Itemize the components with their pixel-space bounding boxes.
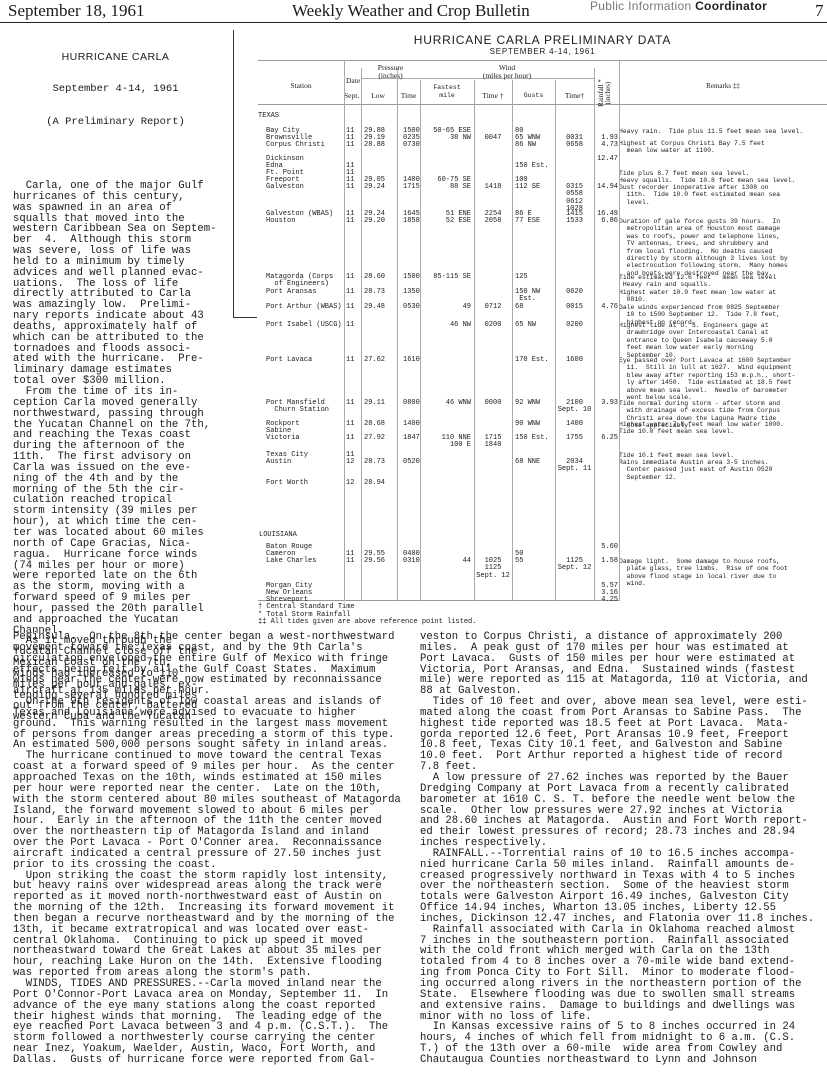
section-header-texas: TEXAS [258,113,279,120]
col-header-remarks: Remarks ‡‡ [619,82,827,90]
cell-ptime: 0800 [403,400,420,407]
cell-rain: 4.73 [596,142,618,149]
table-gridline [555,80,556,601]
cell-gtime: 1400 [555,421,594,428]
cell-remarks: Rains immediate Austin area 3-5 inches. … [619,459,772,481]
cell-ptime: 0520 [403,459,420,466]
cell-date: 11 [346,184,354,191]
cell-date: 11 [346,558,354,565]
cell-fastest: 88 SE [421,184,471,191]
col-header-pressure-low: Low [363,92,393,100]
cell-fastest: 44 [421,558,471,565]
cell-gtime: 0658 [555,142,594,149]
cell-rain: 1.58 [596,558,618,565]
cell-wtime: 1418 [474,184,512,191]
cell-low: 29.11 [364,400,385,407]
cell-wtime: 0047 [474,135,512,142]
cell-low: 28.73 [364,459,385,466]
article-body-left: Peninsula. On the 8th the center began a… [13,632,418,1066]
cell-remarks: Tide estimated 12.6 feet mean sea level … [619,274,776,289]
cell-low: 27.62 [364,357,385,364]
cell-low: 28.60 [364,274,385,281]
cell-gusts: 86 NW [515,142,536,149]
cell-station: Port Aransas [266,289,316,296]
cell-fastest: 46 NW [421,322,471,329]
cell-wtime: 1715 1840 [474,435,512,450]
cell-date: 11 [346,274,354,281]
cell-date: 11 [346,304,354,311]
cell-gusts: 150 NW Est. [515,289,540,304]
table-gridline [619,60,620,601]
cell-low: 28.73 [364,289,385,296]
cell-gusts: 150 Est. [515,163,549,170]
cell-remarks: Duration of gale force gusts 39 hours. I… [619,218,788,277]
cell-ptime: 1610 [403,357,420,364]
cell-date: 11 [346,322,354,329]
article-subtitle: (A Preliminary Report) [13,117,218,128]
cell-ptime: 0530 [403,304,420,311]
table-footnote: ‡‡ All tides given are above reference p… [258,619,476,626]
cell-gusts: 150 Est. [515,435,549,442]
cell-remarks: Highest tide at U. S. Engineers gage at … [619,322,772,359]
cell-low: 28.88 [364,142,385,149]
col-header-wind: Wind (miles per hour) [420,64,594,80]
col-header-station: Station [258,82,344,90]
article-dates: September 4-14, 1961 [13,84,218,95]
col-header-rainfall: Rainfall * (inches) [598,64,610,114]
cell-rain: 4.76 [596,304,618,311]
cell-remarks: Eye passed over Port Lavaca at 1600 Sept… [619,357,795,401]
cell-remarks: Tide 10.0 feet mean sea level. [619,428,734,435]
cell-wtime: 1025 1125 Sept. 12 [474,558,512,580]
cell-station: Austin [266,459,291,466]
cell-wtime: 0000 [474,400,512,407]
cell-station: Port Arthur (WBAS) [266,304,342,311]
cell-gusts: 65 NW [515,322,536,329]
table-gridline [594,68,595,601]
col-header-wind-time: Time † [474,92,512,100]
cell-gtime: 1600 [555,357,594,364]
cell-ptime: 1400 [403,421,420,428]
cell-gusts: 112 SE [515,184,540,191]
cell-date: 11 [346,421,354,428]
publication-title: Weekly Weather and Crop Bulletin [292,1,530,21]
cell-gtime: 0015 [555,304,594,311]
cell-date: 11 [346,357,354,364]
cell-date: 12 [346,459,354,466]
cell-wtime: 2058 [474,218,512,225]
cell-ptime: 0730 [403,142,420,149]
table-gridline [512,80,513,601]
col-header-pressure-time: Time [397,92,420,100]
cell-low: 29.48 [364,304,385,311]
cell-station: Matagorda (Corps of Engineers) [266,274,333,289]
section-header-louisiana: LOUISIANA [259,532,297,539]
cell-rain: 12.47 [596,156,618,163]
cell-remarks: Heavy rain. Tide plus 11.5 feet mean sea… [619,128,803,135]
table-gridline [361,68,362,601]
cell-station: Victoria [266,435,300,442]
cell-rain: 6.86 [596,218,618,225]
cell-date: 12 [346,480,354,487]
cell-gusts: 77 ESE [515,218,540,225]
cell-ptime: 1350 [403,289,420,296]
cell-gtime: 1755 [555,435,594,442]
cell-rain: 4.25 [596,597,618,604]
cell-fastest: 110 NNE 100 E [421,435,471,450]
article-body-right: veston to Corpus Christi, a distance of … [420,632,825,1066]
cell-rain: 3.93 [596,400,618,407]
cell-station: Houston [266,218,295,225]
cell-rain: 14.94 [596,184,618,191]
cell-gusts: 68 NNE [515,459,540,466]
page-number: 7 [815,1,824,21]
cell-station: Corpus Christi [266,142,325,149]
cell-rain: 6.25 [596,435,618,442]
cell-remarks: Gust recorder inoperative after 1308 on … [619,184,780,206]
cell-gusts: 68 [515,304,523,311]
article-heading: HURRICANE CARLA [13,52,218,63]
publication-date: September 18, 1961 [8,1,144,21]
cell-station: Port Lavaca [266,357,312,364]
cell-remarks: Highest water 10.9 feet mean low water a… [619,289,776,304]
cell-low: 29.56 [364,558,385,565]
cell-remarks: Highest at Corpus Christi Bay 7.5 feet m… [619,140,765,155]
cell-gtime: 0200 [555,322,594,329]
cell-gusts: 92 WNW [515,400,540,407]
cell-date: 11 [346,400,354,407]
cell-gtime: 2034 Sept. 11 [555,459,594,474]
col-header-pressure: Pressure (inches) [361,64,420,80]
table-subtitle: SEPTEMBER 4-14, 1961 [258,47,827,56]
column-divider-corner [233,317,257,318]
cell-low: 29.24 [364,184,385,191]
cell-rain: 5.60 [596,544,618,551]
article-intro-column: HURRICANE CARLA September 4-14, 1961 (A … [13,30,245,734]
cell-gusts: 125 [515,274,528,281]
hurricane-data-table: Station Date Sept. Pressure (inches) Low… [258,60,827,602]
cell-fastest: 38 NW [421,135,471,142]
cell-gusts: 170 Est. [515,357,549,364]
table-gridline [344,60,345,601]
cell-date: 11 [346,435,354,442]
table-title: HURRICANE CARLA PRELIMINARY DATA [258,33,827,47]
page-header: September 18, 1961 Weekly Weather and Cr… [0,0,827,23]
cell-date: 11 [346,142,354,149]
cell-fastest: 52 ESE [421,218,471,225]
cell-low: 28.68 [364,421,385,428]
cell-wtime: 0712 [474,304,512,311]
cell-station: Fort Worth [266,480,308,487]
cell-ptime: 1847 [403,435,420,442]
cell-station: Lake Charles [266,558,316,565]
cell-ptime: 1715 [403,184,420,191]
cell-station: Galveston [266,184,304,191]
cell-date: 11 [346,218,354,225]
cell-remarks: Damage light. Some damage to house roofs… [619,558,788,588]
cell-wtime: 0200 [474,322,512,329]
col-header-gusts: Gusts [512,92,555,100]
cell-gusts: 55 [515,558,523,565]
cell-low: 27.92 [364,435,385,442]
cell-low: 28.94 [364,480,385,487]
table-gridline [474,80,475,601]
cell-station: Port Isabel (USCG) [266,322,342,329]
col-header-fastest-mile: Fastest mile [421,84,473,100]
cell-gusts: 90 WNW [515,421,540,428]
table-gridline [420,80,421,601]
table-gridline [397,68,398,601]
cell-fastest: 46 WNW [421,400,471,407]
cell-fastest: 49 [421,304,471,311]
cell-gtime: 1533 [555,218,594,225]
archive-stamp: Public Information Coordinator [590,0,767,13]
cell-low: 29.20 [364,218,385,225]
cell-gtime: 2100 Sept. 10 [555,400,594,415]
column-divider [233,30,234,317]
table-rule [258,600,619,601]
cell-ptime: 0310 [403,558,420,565]
cell-date: 11 [346,289,354,296]
cell-ptime: 1500 [403,274,420,281]
col-header-gust-time: Time† [555,92,594,100]
cell-fastest: 85-115 SE [421,274,471,281]
cell-gtime: 0620 [555,289,594,296]
cell-station: Port Mansfield Churn Station [266,400,329,415]
cell-ptime: 1858 [403,218,420,225]
cell-gtime: 1125 Sept. 12 [555,558,594,573]
